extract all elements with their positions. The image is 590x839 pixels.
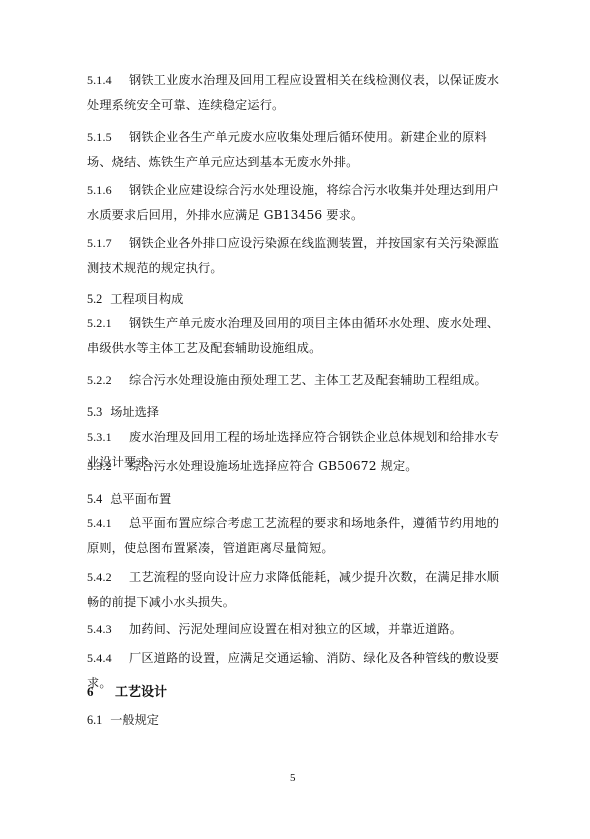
clause-number: 5.1.5 <box>87 125 129 150</box>
heading-number: 5.3 <box>87 405 102 419</box>
heading-number: 5.4 <box>87 492 102 506</box>
section-heading-5-2: 5.2工程项目构成 <box>87 290 183 307</box>
heading-number: 5.2 <box>87 292 102 306</box>
clause-number: 5.3.1 <box>87 425 129 450</box>
heading-text: 一般规定 <box>110 713 159 727</box>
heading-text: 总平面布置 <box>110 492 171 506</box>
page-number: 5 <box>290 772 296 784</box>
clause-5-1-7: 5.1.7钢铁企业各外排口应设污染源在线监测装置，并按国家有关污染源监测技术规范… <box>87 231 507 280</box>
clause-5-4-1: 5.4.1总平面布置应综合考虑工艺流程的要求和场地条件，遵循节约用地的原则，使总… <box>87 511 507 560</box>
clause-text: 钢铁企业各外排口应设污染源在线监测装置，并按国家有关污染源监测技术规范的规定执行… <box>87 236 499 275</box>
clause-number: 5.4.4 <box>87 646 129 671</box>
clause-5-2-1: 5.2.1钢铁生产单元废水治理及回用的项目主体由循环水处理、废水处理、串级供水等… <box>87 311 507 360</box>
clause-5-4-3: 5.4.3加药间、污泥处理间应设置在相对独立的区域，并靠近道路。 <box>87 617 507 642</box>
clause-number: 5.1.6 <box>87 178 129 203</box>
clause-text: 总平面布置应综合考虑工艺流程的要求和场地条件，遵循节约用地的原则，使总图布置紧凑… <box>87 516 499 555</box>
clause-5-3-2: 5.3.2综合污水处理设施场址选择应符合 GB50672 规定。 <box>87 454 507 479</box>
section-heading-5-3: 5.3场址选择 <box>87 403 159 420</box>
clause-text: 钢铁工业废水治理及回用工程应设置相关在线检测仪表，以保证废水处理系统安全可靠、连… <box>87 73 499 112</box>
heading-text: 工程项目构成 <box>110 292 183 306</box>
clause-text: 钢铁企业各生产单元废水应收集处理后循环使用。新建企业的原料场、烧结、炼铁生产单元… <box>87 130 487 169</box>
clause-5-1-6: 5.1.6钢铁企业应建设综合污水处理设施，将综合污水收集并处理达到用户水质要求后… <box>87 178 507 227</box>
clause-number: 5.1.7 <box>87 231 129 256</box>
clause-text: 综合污水处理设施场址选择应符合 GB50672 规定。 <box>129 459 418 473</box>
clause-5-4-2: 5.4.2工艺流程的竖向设计应力求降低能耗，减少提升次数，在满足排水顺畅的前提下… <box>87 565 507 614</box>
clause-number: 5.2.1 <box>87 311 129 336</box>
heading-text: 场址选择 <box>110 405 159 419</box>
chapter-heading-6: 6工艺设计 <box>87 681 167 700</box>
section-heading-5-4: 5.4总平面布置 <box>87 490 171 507</box>
heading-number: 6.1 <box>87 713 102 727</box>
clause-text: 钢铁企业应建设综合污水处理设施，将综合污水收集并处理达到用户水质要求后回用，外排… <box>87 183 499 222</box>
clause-number: 5.2.2 <box>87 368 129 393</box>
clause-text: 钢铁生产单元废水治理及回用的项目主体由循环水处理、废水处理、串级供水等主体工艺及… <box>87 316 499 355</box>
clause-number: 5.4.2 <box>87 565 129 590</box>
document-page: 5.1.4钢铁工业废水治理及回用工程应设置相关在线检测仪表，以保证废水处理系统安… <box>0 0 590 839</box>
clause-5-1-4: 5.1.4钢铁工业废水治理及回用工程应设置相关在线检测仪表，以保证废水处理系统安… <box>87 68 507 117</box>
heading-number: 6 <box>87 684 115 700</box>
heading-text: 工艺设计 <box>115 685 167 700</box>
clause-number: 5.1.4 <box>87 68 129 93</box>
clause-number: 5.3.2 <box>87 454 129 479</box>
clause-text: 综合污水处理设施由预处理工艺、主体工艺及配套辅助工程组成。 <box>129 373 487 387</box>
section-heading-6-1: 6.1一般规定 <box>87 711 159 728</box>
clause-5-2-2: 5.2.2综合污水处理设施由预处理工艺、主体工艺及配套辅助工程组成。 <box>87 368 507 393</box>
clause-number: 5.4.3 <box>87 617 129 642</box>
clause-number: 5.4.1 <box>87 511 129 536</box>
clause-5-1-5: 5.1.5钢铁企业各生产单元废水应收集处理后循环使用。新建企业的原料场、烧结、炼… <box>87 125 507 174</box>
clause-text: 工艺流程的竖向设计应力求降低能耗，减少提升次数，在满足排水顺畅的前提下减小水头损… <box>87 570 499 609</box>
clause-text: 加药间、污泥处理间应设置在相对独立的区域，并靠近道路。 <box>129 622 462 636</box>
